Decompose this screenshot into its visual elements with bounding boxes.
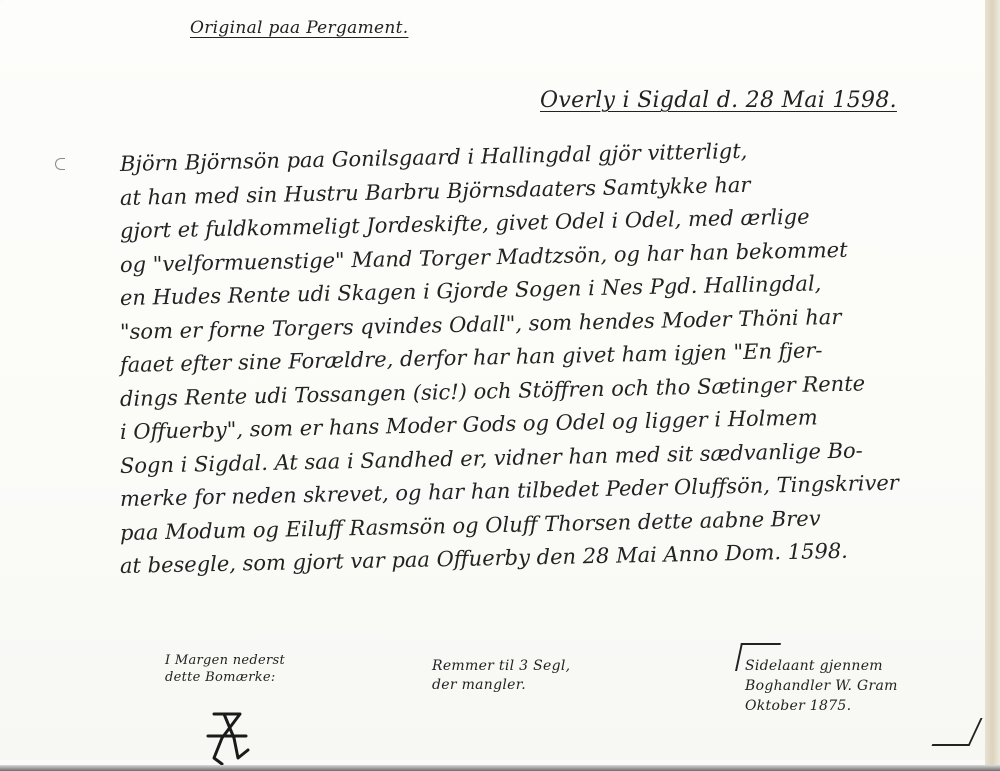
bottom-border — [0, 765, 1000, 771]
housemark-icon — [200, 710, 260, 770]
page-edge — [985, 0, 1000, 771]
bracket-bottom-right — [931, 718, 982, 746]
punch-hole-mark — [55, 158, 65, 170]
margin-note: I Margen nederst dette Bomærke: — [165, 652, 285, 686]
letter-body: Björn Björnsön paa Gonilsgaard i Halling… — [120, 148, 1000, 584]
seal-note: Remmer til 3 Segl, der mangler. — [432, 657, 570, 695]
place-date-heading: Overly i Sigdal d. 28 Mai 1598. — [540, 88, 897, 113]
header-note: Original paa Pergament. — [190, 18, 408, 38]
verification-note: Sidelaant gjennem Boghandler W. Gram Okt… — [745, 656, 898, 716]
manuscript-page: Original paa Pergament. Overly i Sigdal … — [0, 0, 985, 760]
